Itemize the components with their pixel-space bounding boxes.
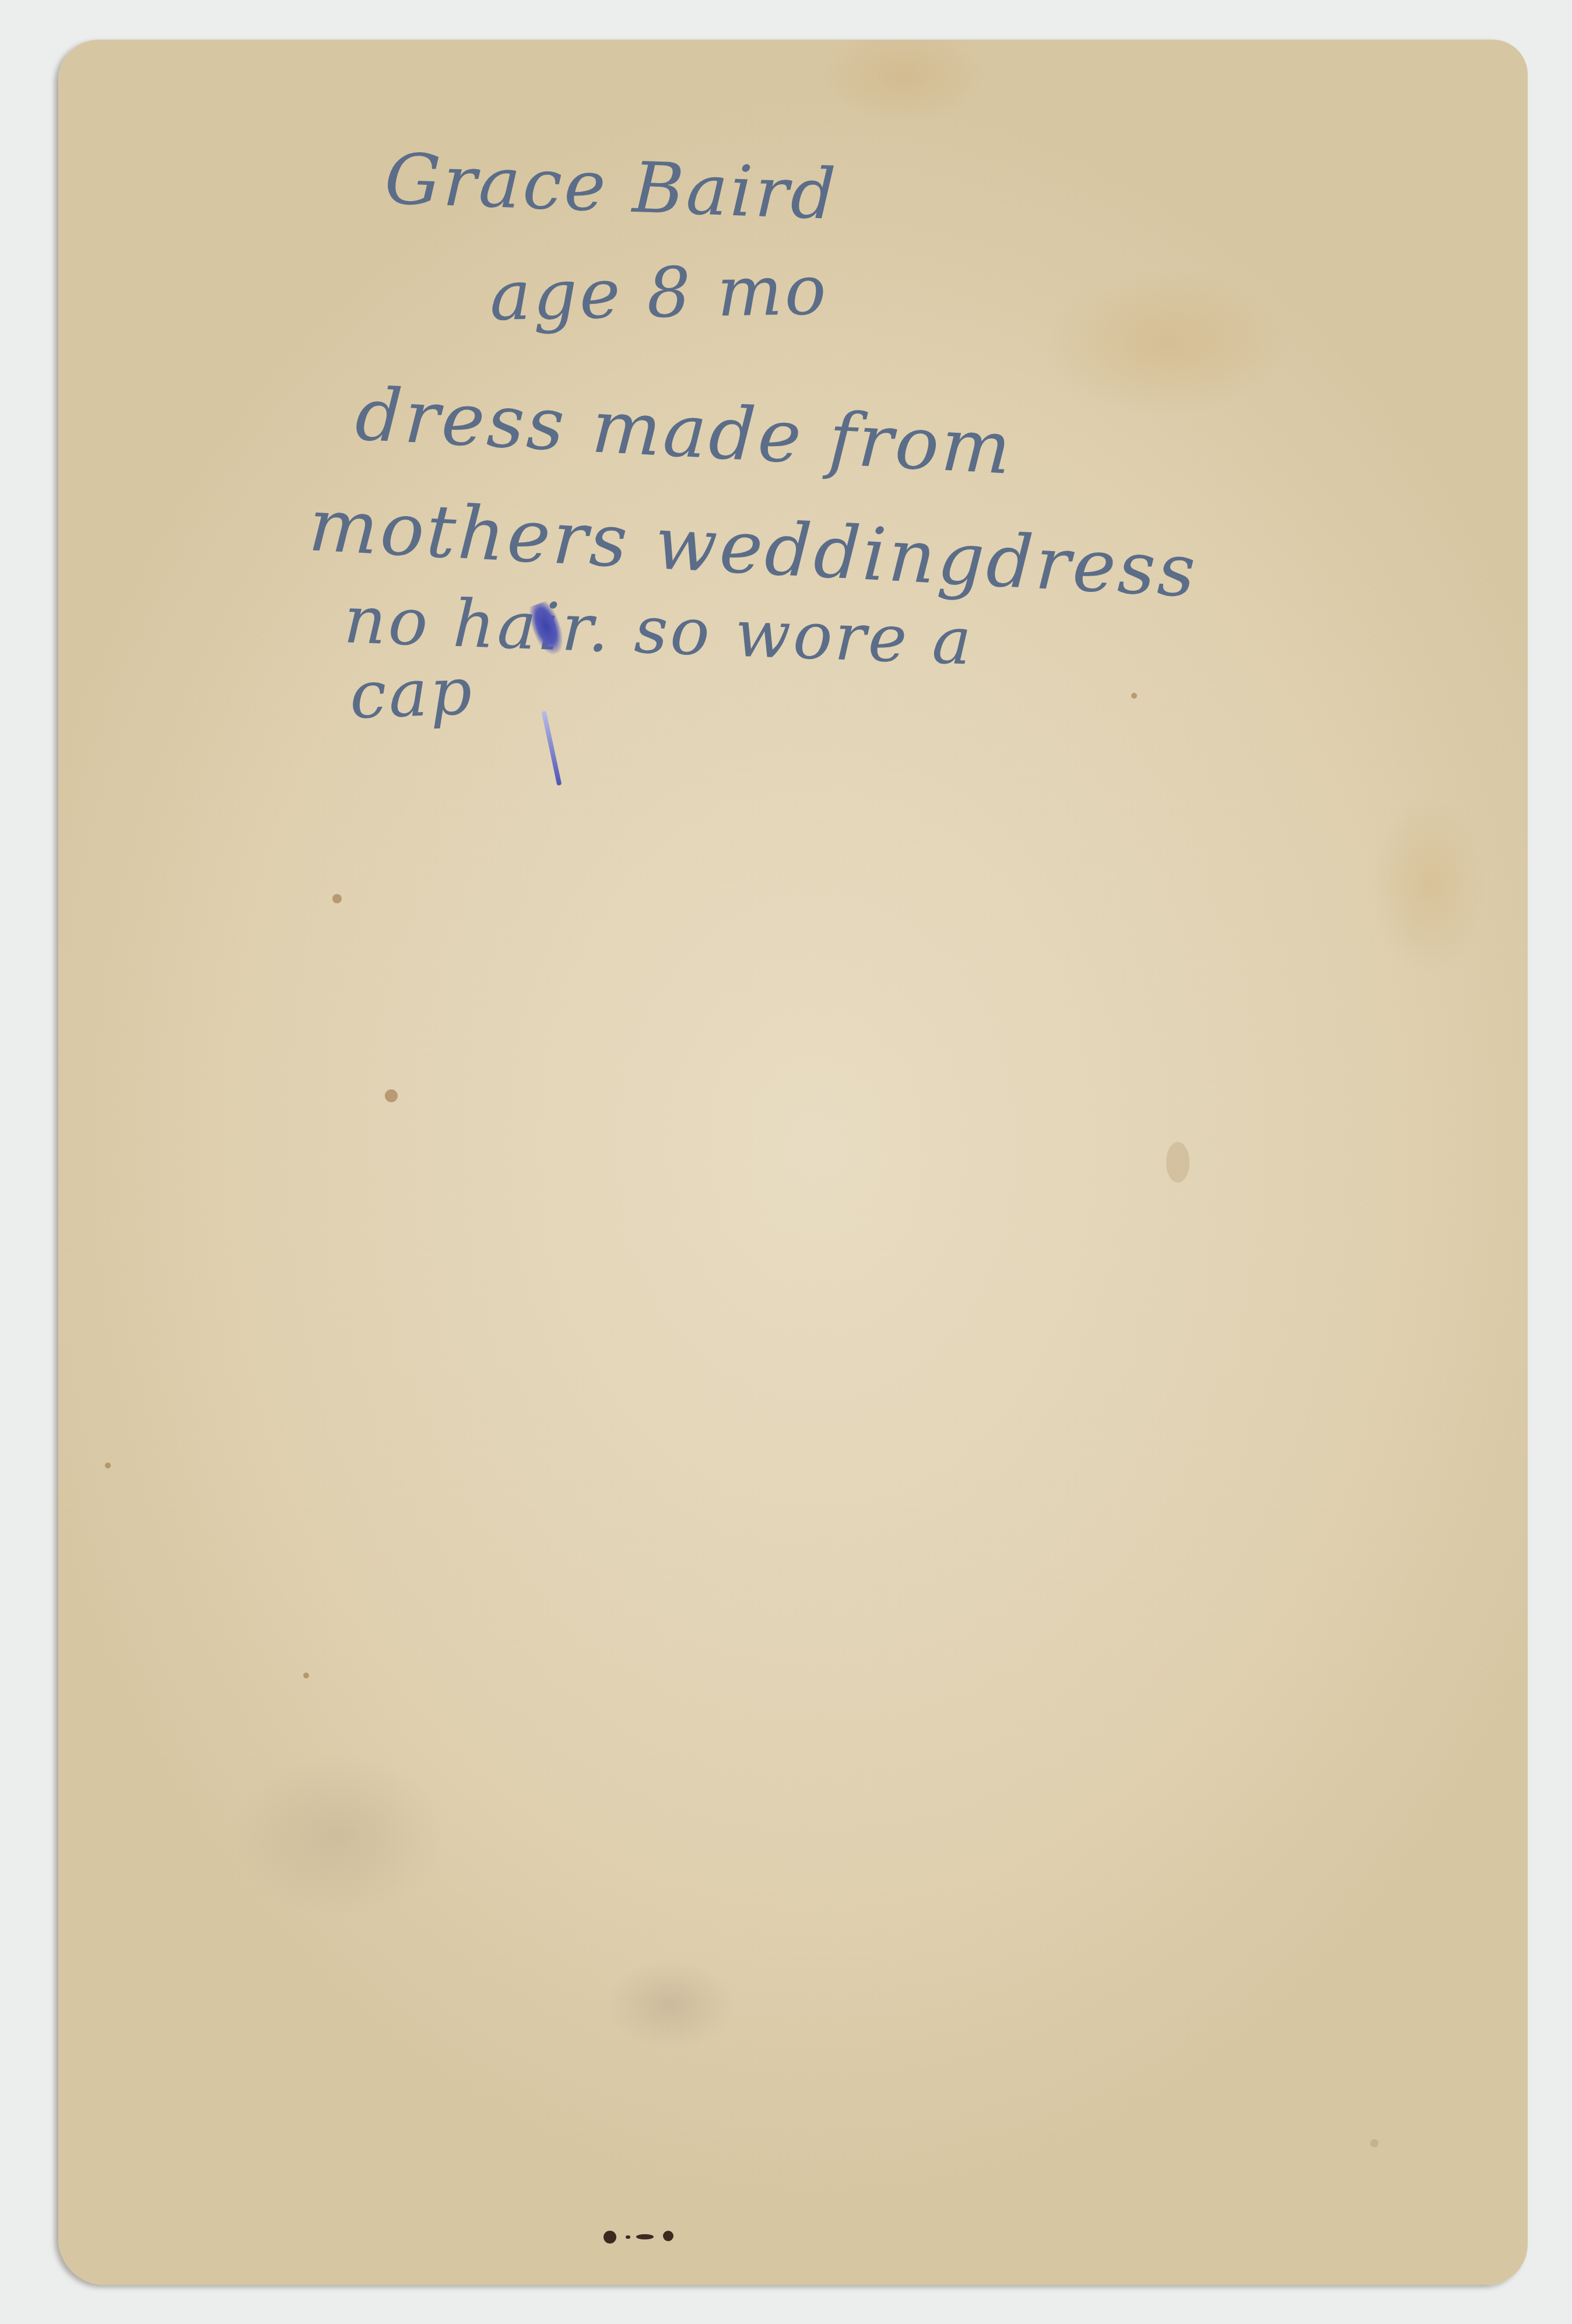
bottom-stain-dots xyxy=(603,2230,697,2247)
handwritten-inscription: Grace Baird age 8 mo dress made from mot… xyxy=(58,40,1528,2285)
foxing-spot xyxy=(1131,693,1137,699)
inscription-line-age: age 8 mo xyxy=(489,250,829,336)
stain-dot xyxy=(636,2234,654,2239)
inscription-line-dress: dress made from xyxy=(353,372,1015,491)
inscription-line-name: Grace Baird xyxy=(384,139,840,236)
foxing-spot xyxy=(1166,1142,1189,1183)
foxing-spot xyxy=(332,894,342,903)
foxing-spot xyxy=(1370,2139,1378,2147)
stain-dot xyxy=(603,2231,616,2244)
foxing-spot xyxy=(303,1673,309,1678)
foxing-spot xyxy=(385,1089,398,1102)
stain-dot xyxy=(626,2235,630,2239)
photo-card-back: Grace Baird age 8 mo dress made from mot… xyxy=(58,40,1528,2285)
foxing-spot xyxy=(105,1463,111,1468)
inscription-line-cap: cap xyxy=(349,654,476,734)
stain-dot xyxy=(663,2231,673,2241)
